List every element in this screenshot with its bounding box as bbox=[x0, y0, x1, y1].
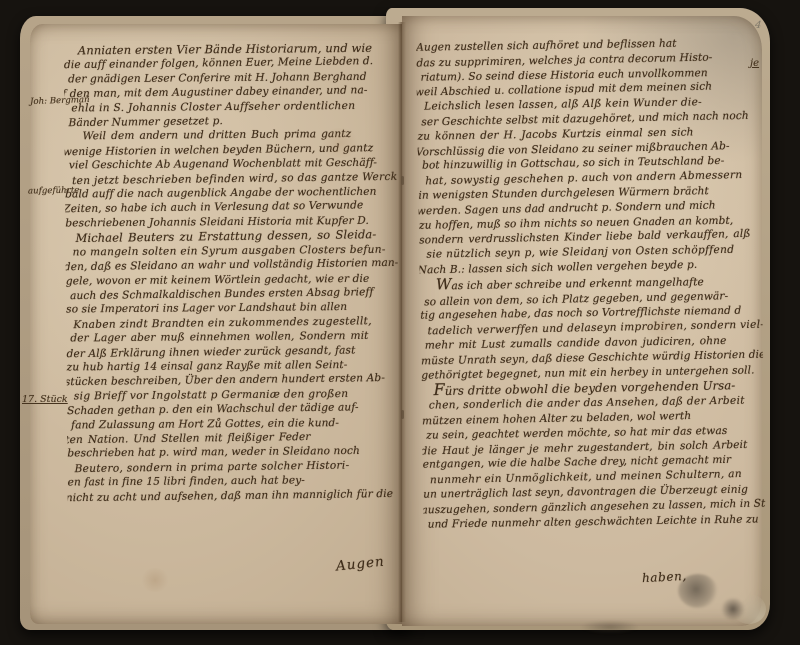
manuscript-spread: Joh: Bergman̄ aufgeführte 17. Stück Anni… bbox=[20, 8, 770, 636]
binding-stitch bbox=[401, 410, 404, 419]
catchword-right: haben, bbox=[642, 569, 687, 585]
margin-note-17-stueck: 17. Stück bbox=[22, 394, 68, 405]
right-page-text: Augen zustellen sich aufhöret und beflis… bbox=[416, 35, 766, 545]
binding-stitch bbox=[401, 176, 404, 185]
left-page-text: Anniaten ersten Vier Bände Historiarum, … bbox=[64, 41, 400, 544]
folio-number: 4 bbox=[754, 20, 761, 32]
